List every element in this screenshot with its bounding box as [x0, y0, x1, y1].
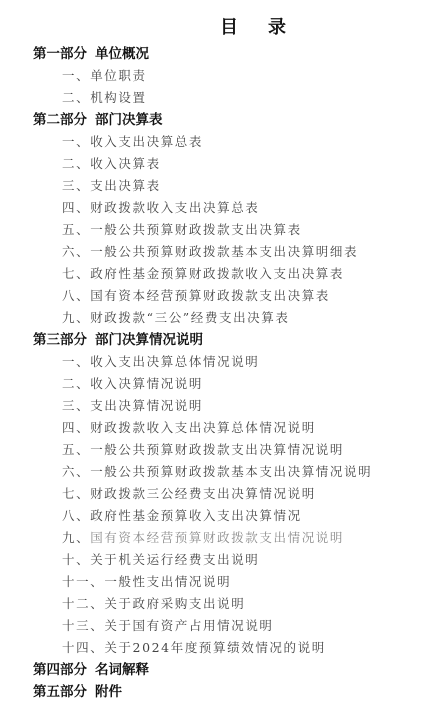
toc-item[interactable]: 三、支出决算表 — [33, 175, 446, 197]
toc-item[interactable]: 九、财政拨款“三公”经费支出决算表 — [33, 307, 446, 329]
toc-part-5[interactable]: 第五部分附件 — [33, 681, 446, 703]
toc-item[interactable]: 八、政府性基金预算收入支出决算情况 — [33, 505, 446, 527]
toc-item[interactable]: 二、机构设置 — [33, 87, 446, 109]
toc-item[interactable]: 七、政府性基金预算财政拨款收入支出决算表 — [33, 263, 446, 285]
toc-item[interactable]: 一、收入支出决算总体情况说明 — [33, 351, 446, 373]
title-right: 录 — [268, 13, 286, 39]
toc-item[interactable]: 十、关于机关运行经费支出说明 — [33, 549, 446, 571]
toc-item[interactable]: 一、单位职责 — [33, 65, 446, 87]
toc-item[interactable]: 六、一般公共预算财政拨款基本支出决算情况说明 — [33, 461, 446, 483]
toc-part-1[interactable]: 第一部分单位概况 — [33, 43, 446, 65]
toc-item[interactable]: 十一、一般性支出情况说明 — [33, 571, 446, 593]
toc-item[interactable]: 九、国有资本经营预算财政拨款支出情况说明 — [33, 527, 446, 549]
toc-part-3[interactable]: 第三部分部门决算情况说明 — [33, 329, 446, 351]
toc-item[interactable]: 一、收入支出决算总表 — [33, 131, 446, 153]
toc-item[interactable]: 十三、关于国有资产占用情况说明 — [33, 615, 446, 637]
toc-item[interactable]: 五、一般公共预算财政拨款支出决算表 — [33, 219, 446, 241]
toc-item[interactable]: 二、收入决算表 — [33, 153, 446, 175]
toc-item[interactable]: 十二、关于政府采购支出说明 — [33, 593, 446, 615]
toc-item[interactable]: 十四、关于2024年度预算绩效情况的说明 — [33, 637, 446, 659]
toc-item[interactable]: 四、财政拨款收入支出决算总体情况说明 — [33, 417, 446, 439]
page-title: 目录 — [0, 13, 446, 39]
toc-item[interactable]: 五、一般公共预算财政拨款支出决算情况说明 — [33, 439, 446, 461]
toc-item[interactable]: 三、支出决算情况说明 — [33, 395, 446, 417]
toc-item[interactable]: 六、一般公共预算财政拨款基本支出决算明细表 — [33, 241, 446, 263]
toc-item[interactable]: 二、收入决算情况说明 — [33, 373, 446, 395]
toc-item[interactable]: 四、财政拨款收入支出决算总表 — [33, 197, 446, 219]
toc-item[interactable]: 七、财政拨款三公经费支出决算情况说明 — [33, 483, 446, 505]
title-left: 目 — [220, 13, 238, 39]
toc-part-4[interactable]: 第四部分名词解释 — [33, 659, 446, 681]
toc-item[interactable]: 八、国有资本经营预算财政拨款支出决算表 — [33, 285, 446, 307]
table-of-contents: 第一部分单位概况 一、单位职责 二、机构设置 第二部分部门决算表 一、收入支出决… — [33, 43, 446, 703]
toc-part-2[interactable]: 第二部分部门决算表 — [33, 109, 446, 131]
